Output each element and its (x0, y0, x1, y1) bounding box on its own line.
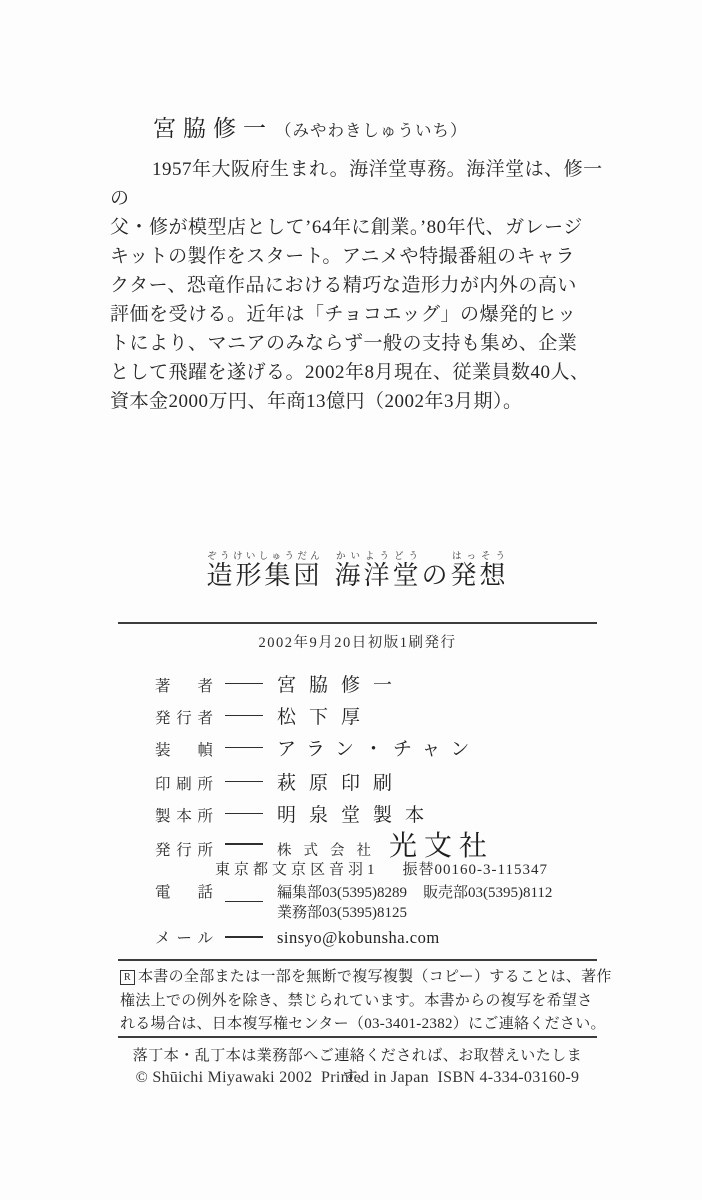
postal-transfer-number: 振替00160-3-115347 (403, 862, 548, 878)
row-value: 宮脇修一 (277, 670, 405, 697)
row-label: メール (155, 926, 213, 948)
copyright-notice-text: 本書の全部または一部を無断で複写複製（コピー）することは、著作 権法上での例外を… (120, 969, 612, 1032)
registered-r-mark: R (120, 970, 135, 985)
title-part-no: の (422, 571, 451, 588)
row-value: 萩原印刷 (277, 768, 405, 795)
phone-sales: 販売部03(5395)8112 (423, 885, 552, 901)
colophon-row-bindery: 製本所 明泉堂製本 (155, 800, 437, 827)
row-value: 明泉堂製本 (277, 800, 437, 827)
book-title: 造形集団ぞうけいしゅうだん海洋堂かいようどうの発想はっそう (118, 552, 597, 592)
row-label: 印刷所 (155, 772, 213, 794)
leader-dash (225, 843, 263, 845)
colophon-row-publisher-person: 発行者 松下厚 (155, 702, 373, 729)
row-value: アラン・チャン (277, 734, 479, 761)
colophon-row-printer: 印刷所 萩原印刷 (155, 768, 405, 795)
company-prefix: 株式会社 (277, 843, 383, 859)
row-label: 製本所 (155, 804, 213, 826)
leader-dash (225, 747, 263, 749)
leader-dash (225, 781, 263, 783)
phone-editorial: 編集部03(5395)8289 (277, 885, 407, 901)
colophon-row-author: 著者 宮脇修一 (155, 670, 405, 697)
leader-dash (225, 715, 263, 717)
leader-dash (225, 901, 263, 903)
phone-line-1: 編集部03(5395)8289販売部03(5395)8112 (277, 883, 552, 903)
row-value: 松下厚 (277, 702, 373, 729)
author-heading: 宮脇修一（みやわきしゅういち） (153, 110, 468, 143)
colophon-row-email: メール sinsyo@kobunsha.com (155, 926, 440, 948)
copyright-notice: R本書の全部または一部を無断で複写複製（コピー）することは、著作 権法上での例外… (120, 966, 615, 1037)
row-label: 電話 (155, 880, 213, 902)
leader-dash (225, 936, 263, 938)
author-bio: 1957年大阪府生まれ。海洋堂専務。海洋堂は、修一の 父・修が模型店として’64… (110, 155, 610, 416)
divider-title (118, 622, 597, 624)
copyright-isbn-line: © Shūichi Miyawaki 2002 Printed in Japan… (118, 1069, 597, 1087)
colophon-page: 宮脇修一（みやわきしゅういち） 1957年大阪府生まれ。海洋堂専務。海洋堂は、修… (0, 0, 702, 1200)
title-part-hasso: 発想はっそう (451, 571, 509, 588)
colophon-row-binding-design: 装幀 アラン・チャン (155, 734, 479, 761)
divider-notice-top (118, 959, 597, 961)
phone-business: 業務部03(5395)8125 (277, 903, 552, 923)
title-part-kaiyodo: 海洋堂かいようどう (334, 571, 421, 588)
row-label: 著者 (155, 674, 213, 696)
edition-date: 2002年9月20日初版1刷発行 (118, 631, 597, 652)
publisher-address-line: 東京都文京区音羽1振替00160-3-115347 (215, 858, 548, 879)
leader-dash (225, 813, 263, 815)
colophon-row-telephone: 電話 編集部03(5395)8289販売部03(5395)8112 業務部03(… (155, 880, 552, 923)
email-address: sinsyo@kobunsha.com (277, 928, 440, 948)
author-name-reading: （みやわきしゅういち） (275, 121, 468, 140)
leader-dash (225, 683, 263, 685)
row-label: 発行所 (155, 838, 213, 860)
row-label: 装幀 (155, 738, 213, 760)
phone-numbers: 編集部03(5395)8289販売部03(5395)8112 業務部03(539… (277, 883, 552, 923)
title-part-zoukei: 造形集団ぞうけいしゅうだん (206, 571, 322, 588)
row-label: 発行者 (155, 706, 213, 728)
publisher-address: 東京都文京区音羽1 (215, 862, 379, 878)
divider-notice-bottom (118, 1036, 597, 1038)
author-name: 宮脇修一 (153, 116, 273, 141)
